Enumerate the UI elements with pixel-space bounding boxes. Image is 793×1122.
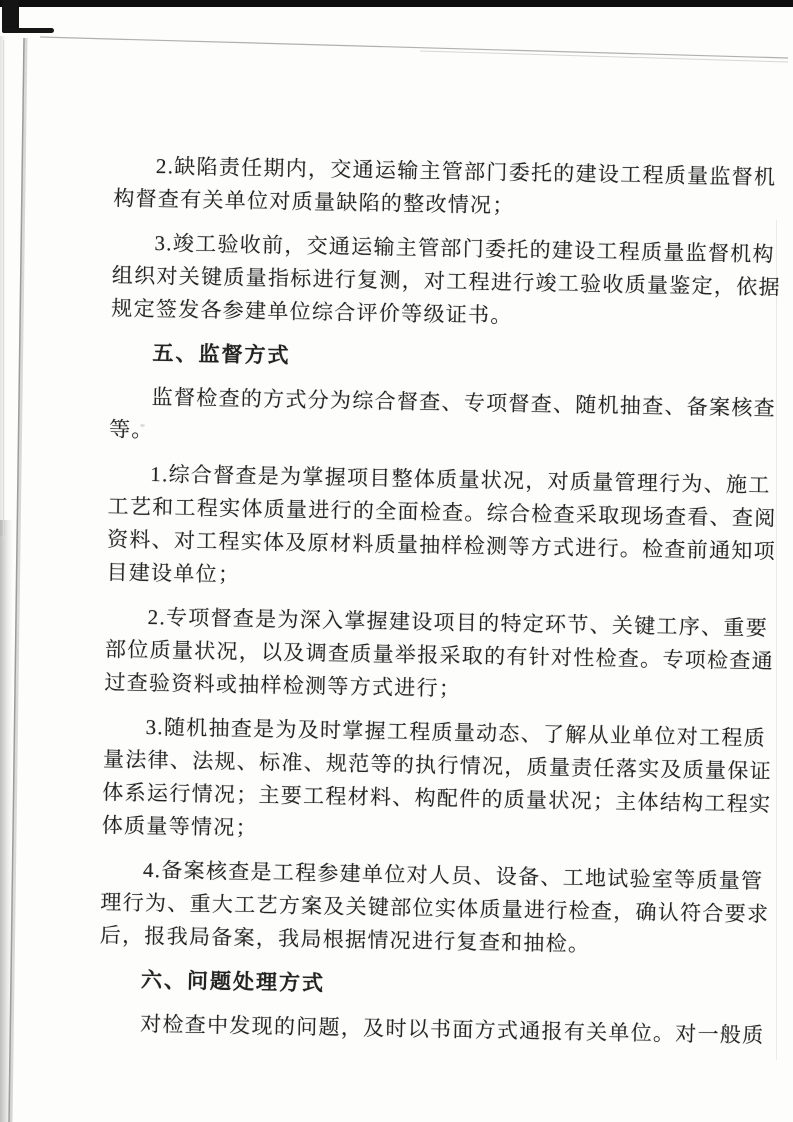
paragraph-item-2-defect-period: 2.缺陷责任期内，交通运输主管部门委托的建设工程质量监督机 构督查有关单位对质量… <box>113 149 746 227</box>
paragraph-item-1-comprehensive-inspection: 1.综合督查是为掌握项目整体质量状况，对质量管理行为、施工 工艺和工程实体质量进… <box>106 457 740 601</box>
scan-corner-mark-tail <box>4 28 54 33</box>
paragraph-item-2-special-inspection: 2.专项督查是为深入掌握建设项目的特定环节、关键工序、重要 部位质量状况，以及调… <box>104 600 738 711</box>
section-heading-5-supervision-methods: 五、监督方式 <box>110 336 742 381</box>
document-text: 2.缺陷责任期内，交通运输主管部门委托的建设工程质量监督机 构督查有关单位对质量… <box>98 149 746 1051</box>
spine-shadow-soft <box>11 38 26 1122</box>
section-heading-6-problem-handling: 六、问题处理方式 <box>99 963 731 1008</box>
page-edge-diagonal-line <box>40 37 788 58</box>
page-edge-diagonal-line-faint <box>420 51 788 62</box>
paragraph-item-3-completion-acceptance: 3.竣工验收前，交通运输主管部门委托的建设工程质量监督机构 组织对关键质量指标进… <box>111 226 745 337</box>
text-line: 对检查中发现的问题，及时以书面方式通报有关单位。对一般质 <box>98 1007 730 1052</box>
paragraph-problem-handling-intro: 对检查中发现的问题，及时以书面方式通报有关单位。对一般质 <box>98 1007 730 1052</box>
scan-top-edge-bar <box>0 0 793 7</box>
section-heading: 五、监督方式 <box>110 336 742 381</box>
scanned-document-page: 2.缺陷责任期内，交通运输主管部门委托的建设工程质量监督机 构督查有关单位对质量… <box>0 0 793 1122</box>
left-edge-shadow-band <box>0 520 13 1122</box>
paragraph-item-3-random-inspection: 3.随机抽查是为及时掌握工程质量动态、了解从业单位对工程质 量法律、法规、标准、… <box>102 710 736 854</box>
section-heading: 六、问题处理方式 <box>99 963 731 1008</box>
paragraph-supervision-method-intro: 监督检查的方式分为综合督查、专项督查、随机抽查、备案核查 等。 <box>109 380 742 458</box>
paragraph-item-4-record-check: 4.备案核查是工程参建单位对人员、设备、工地试验室等质量管 理行为、重大工艺方案… <box>100 853 734 964</box>
right-edge-hairline <box>776 220 777 1060</box>
left-edge-hairline <box>3 40 4 540</box>
